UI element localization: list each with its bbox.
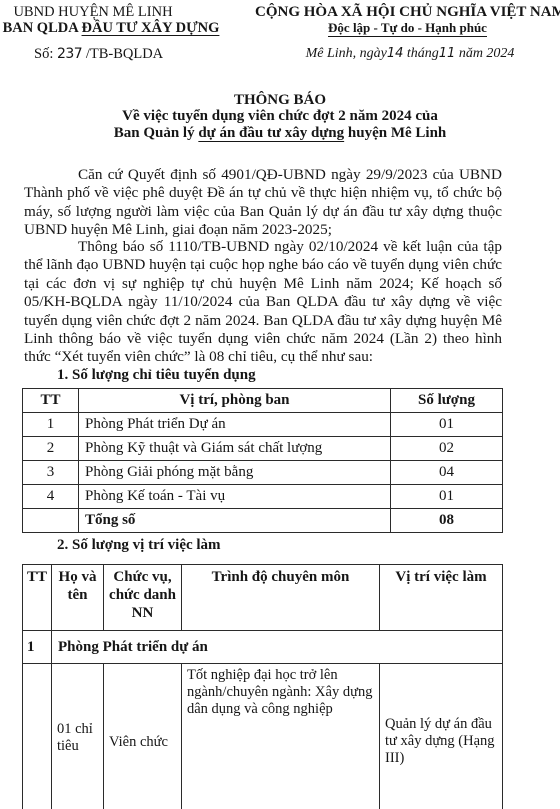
col-header-quantity: Số lượng — [391, 389, 503, 413]
authority-name-prefix: BAN QLDA — [3, 20, 82, 36]
cell-total-quantity: 08 — [391, 509, 503, 533]
table-header-row: TT Vị trí, phòng ban Số lượng — [23, 389, 503, 413]
cell-position: Phòng Kế toán - Tài vụ — [79, 485, 391, 509]
cell-tt-empty — [23, 664, 52, 809]
table-row: 2 Phòng Kỹ thuật và Giám sát chất lượng … — [23, 437, 503, 461]
national-title: CỘNG HÒA XÃ HỘI CHỦ NGHĨA VIỆT NAM — [255, 4, 560, 21]
document-subtitle-line1: Về việc tuyển dụng viên chức đợt 2 năm 2… — [0, 108, 560, 125]
document-number: Số: 237 /TB-BQLDA — [34, 46, 163, 63]
table-header-row: TT Họ và tên Chức vụ, chức danh NN Trình… — [23, 565, 503, 631]
issuing-authority-parent: UBND HUYỆN MÊ LINH — [0, 4, 186, 21]
table-row: 3 Phòng Giải phóng mặt bằng 04 — [23, 461, 503, 485]
section1-heading: 1. Số lượng chỉ tiêu tuyển dụng — [57, 367, 256, 384]
cell-tt: 2 — [23, 437, 79, 461]
cell-qualification: Tốt nghiệp đại học trở lên ngành/chuyên … — [182, 664, 380, 809]
cell-quantity: 01 — [391, 413, 503, 437]
cell-tt-empty — [23, 509, 79, 533]
paragraph-announcement: Thông báo số 1110/TB-UBND ngày 02/10/202… — [24, 238, 502, 367]
document-subtitle-line2: Ban Quản lý dự án đầu tư xây dựng huyện … — [0, 125, 560, 142]
cell-position: Phòng Giải phóng mặt bằng — [79, 461, 391, 485]
cell-quantity: 04 — [391, 461, 503, 485]
cell-total-label: Tổng số — [79, 509, 391, 533]
col-header-tt: TT — [23, 389, 79, 413]
doc-number-suffix: /TB-BQLDA — [82, 46, 163, 62]
date-month-label: tháng — [403, 46, 438, 61]
subtitle-part-b: huyện Mê Linh — [344, 125, 446, 141]
cell-position: Phòng Kỹ thuật và Giám sát chất lượng — [79, 437, 391, 461]
group-tt: 1 — [23, 631, 52, 664]
cell-tt: 4 — [23, 485, 79, 509]
table-row: 01 chỉ tiêu Viên chức Tốt nghiệp đại học… — [23, 664, 503, 809]
cell-job-position: Quản lý dự án đầu tư xây dựng (Hạng III) — [380, 664, 503, 809]
col-header-name: Họ và tên — [52, 565, 104, 631]
section2-heading: 2. Số lượng vị trí việc làm — [57, 537, 221, 554]
doc-number-prefix: Số: — [34, 46, 57, 62]
cell-position: Phòng Phát triển Dự án — [79, 413, 391, 437]
subtitle-part-a: Ban Quản lý — [114, 125, 199, 141]
cell-quantity: 02 — [391, 437, 503, 461]
national-motto: Độc lập - Tự do - Hạnh phúc — [255, 20, 560, 36]
recruitment-quota-table: TT Vị trí, phòng ban Số lượng 1 Phòng Ph… — [22, 388, 503, 533]
authority-name-underlined: ĐẦU TƯ XÂY DỰNG — [82, 20, 220, 36]
cell-title: Viên chức — [104, 664, 182, 809]
col-header-tt: TT — [23, 565, 52, 631]
document-date: Mê Linh, ngày14 tháng11 năm 2024 — [260, 46, 560, 62]
date-year: năm 2024 — [455, 46, 514, 61]
cell-tt: 1 — [23, 413, 79, 437]
cell-quantity: 01 — [391, 485, 503, 509]
col-header-position: Vị trí, phòng ban — [79, 389, 391, 413]
date-month: 11 — [439, 46, 456, 61]
doc-number-handwritten: 237 — [57, 46, 82, 62]
motto-text: Độc lập - Tự do - Hạnh phúc — [328, 20, 487, 37]
group-name: Phòng Phát triển dự án — [52, 631, 503, 664]
paragraph-legal-basis: Căn cứ Quyết định số 4901/QĐ-UBND ngày 2… — [24, 166, 502, 240]
subtitle-underlined: dự án đầu tư xây dựng — [198, 125, 344, 141]
table-row: 4 Phòng Kế toán - Tài vụ 01 — [23, 485, 503, 509]
col-header-title: Chức vụ, chức danh NN — [104, 565, 182, 631]
cell-name: 01 chỉ tiêu — [52, 664, 104, 809]
cell-tt: 3 — [23, 461, 79, 485]
date-place: Mê Linh, ngày — [306, 46, 387, 61]
document-title: THÔNG BÁO — [0, 92, 560, 109]
issuing-authority-name: BAN QLDA ĐẦU TƯ XÂY DỰNG — [0, 20, 222, 37]
table-row: 1 Phòng Phát triển Dự án 01 — [23, 413, 503, 437]
table-total-row: Tổng số 08 — [23, 509, 503, 533]
date-day: 14 — [387, 46, 404, 61]
col-header-job-position: Vị trí việc làm — [380, 565, 503, 631]
col-header-qualification: Trình độ chuyên môn — [182, 565, 380, 631]
job-positions-table: TT Họ và tên Chức vụ, chức danh NN Trình… — [22, 564, 503, 809]
group-row: 1 Phòng Phát triển dự án — [23, 631, 503, 664]
